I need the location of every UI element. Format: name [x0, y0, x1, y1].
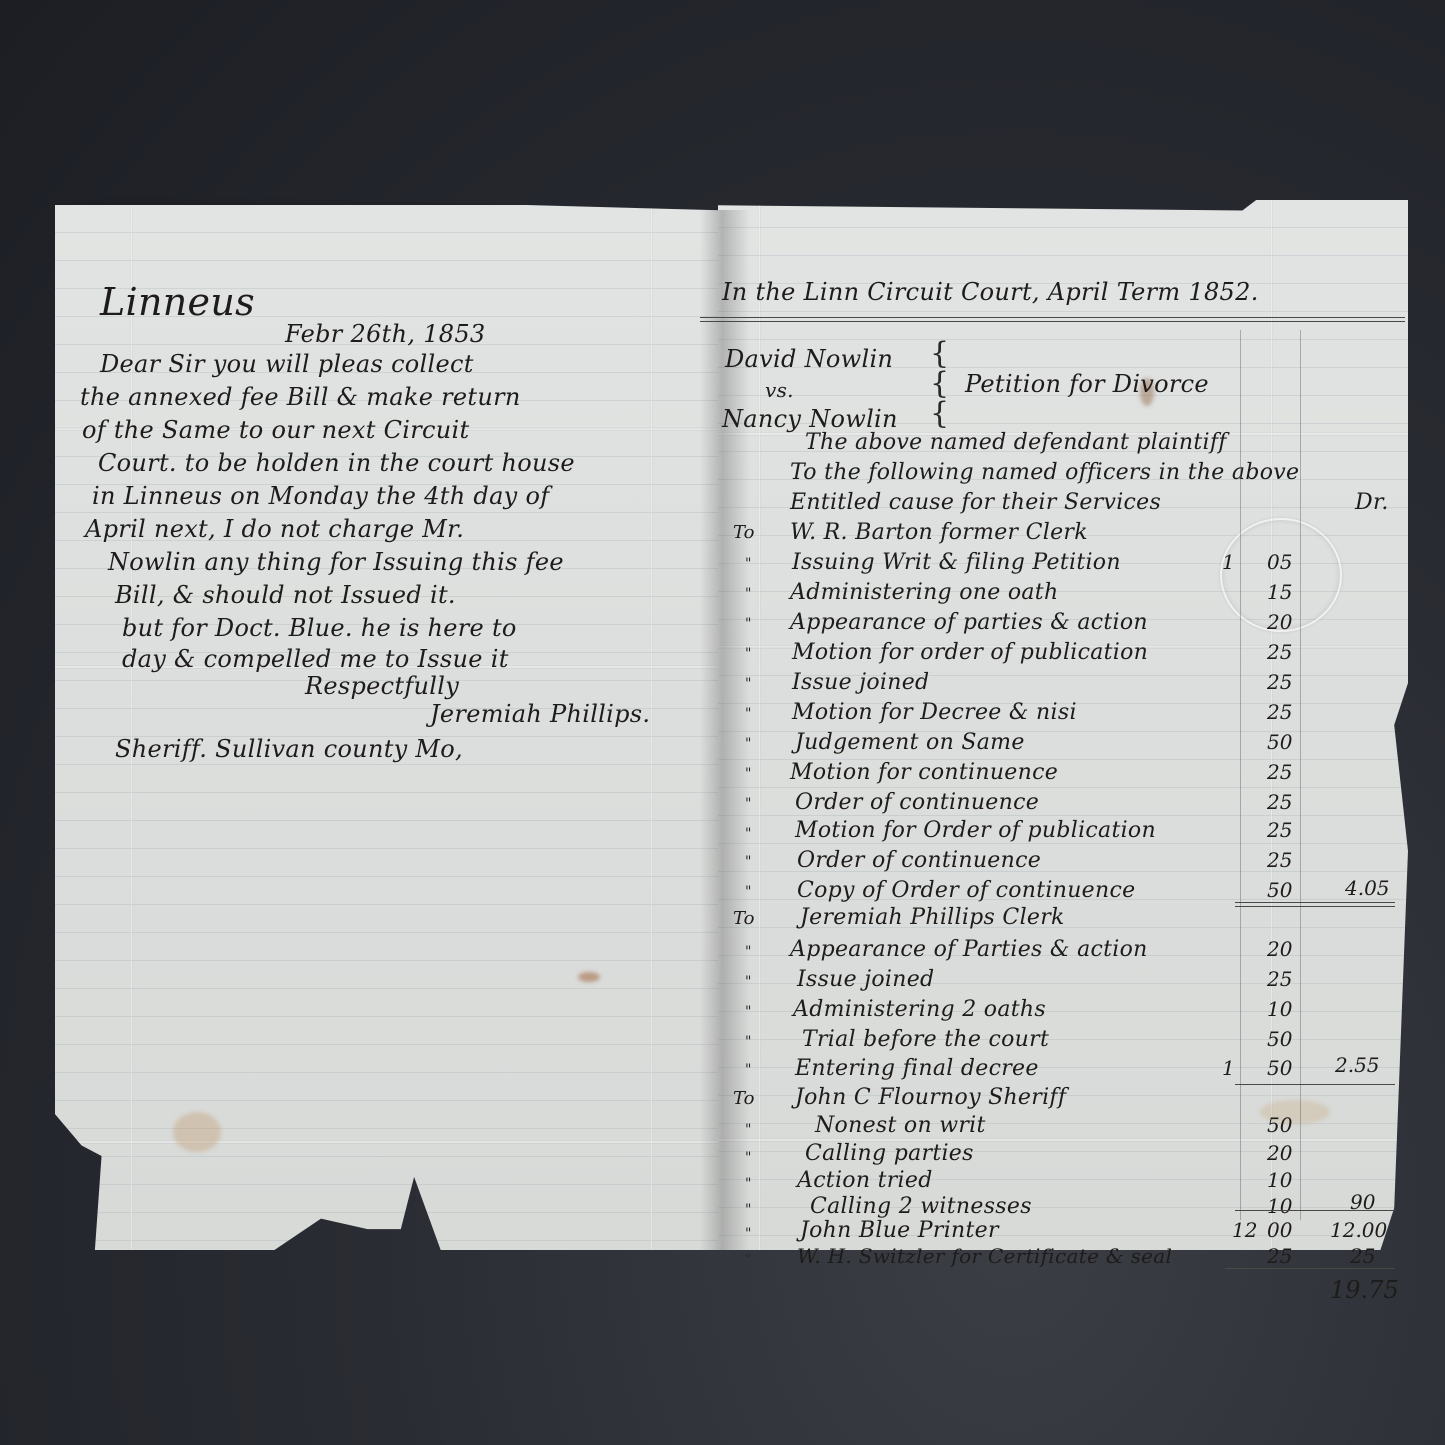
case-plaintiff: David Nowlin	[725, 345, 893, 373]
letter-body-line: of the Same to our next Circuit	[82, 416, 469, 444]
ditto-mark: "	[745, 1122, 751, 1138]
fee-item-label: Order of continuence	[797, 848, 1041, 873]
ditto-mark: "	[745, 556, 751, 572]
fee-item-cents: 05	[1267, 550, 1292, 574]
officer-name: John C Flournoy Sheriff	[795, 1085, 1066, 1110]
fee-item-label: Appearance of parties & action	[790, 610, 1148, 635]
fee-item-label: John Blue Printer	[800, 1218, 999, 1243]
case-defendant: Nancy Nowlin	[722, 405, 898, 433]
fee-item-cents: 25	[1267, 760, 1292, 784]
ditto-mark: "	[745, 944, 751, 960]
ditto-mark: "	[745, 1226, 751, 1242]
fee-item-cents: 10	[1267, 997, 1292, 1021]
column-rule	[1240, 330, 1241, 1220]
section-subtotal: 25	[1350, 1244, 1375, 1268]
grand-total: 19.75	[1330, 1276, 1399, 1304]
preamble-line: To the following named officers in the a…	[790, 460, 1299, 485]
fee-item-cents: 25	[1267, 1244, 1292, 1268]
fee-item-label: Entering final decree	[795, 1056, 1039, 1081]
fee-item-label: Motion for order of publication	[792, 640, 1148, 665]
ink-stain	[578, 972, 600, 982]
ditto-mark: "	[745, 1176, 751, 1192]
fee-item-label: Issuing Writ & filing Petition	[792, 550, 1121, 575]
fee-item-cents: 25	[1267, 790, 1292, 814]
fee-item-cents: 25	[1267, 640, 1292, 664]
fee-item-label: Motion for Order of publication	[795, 818, 1156, 843]
fee-item-cents: 50	[1267, 1113, 1292, 1137]
letter-body-line: Court. to be holden in the court house	[98, 449, 575, 477]
case-versus: vs.	[765, 378, 794, 402]
to-mark: To	[733, 1088, 754, 1109]
fee-item-cents: 50	[1267, 878, 1292, 902]
ditto-mark: "	[745, 974, 751, 990]
fee-item-cents: 10	[1267, 1168, 1292, 1192]
fee-item-label: Calling 2 witnesses	[810, 1194, 1032, 1219]
subtotal-rule	[1235, 902, 1395, 903]
ditto-mark: "	[745, 854, 751, 870]
section-subtotal: 12.00	[1330, 1218, 1387, 1242]
dr-label: Dr.	[1355, 490, 1389, 515]
ditto-mark: "	[745, 1202, 751, 1218]
water-stain	[173, 1112, 221, 1152]
fee-item-cents: 20	[1267, 937, 1292, 961]
fee-item-label: Order of continuence	[795, 790, 1039, 815]
heading-rule	[700, 317, 1405, 318]
fee-bill-heading: In the Linn Circuit Court, April Term 18…	[722, 278, 1259, 306]
ditto-mark: "	[745, 766, 751, 782]
ditto-mark: "	[745, 1252, 751, 1268]
ditto-mark: "	[745, 736, 751, 752]
case-brace: {	[930, 396, 949, 431]
fee-item-label: Calling parties	[805, 1141, 974, 1166]
letter-place: Linneus	[100, 280, 255, 324]
ditto-mark: "	[745, 646, 751, 662]
ditto-mark: "	[745, 676, 751, 692]
letter-addressee: Sheriff. Sullivan county Mo,	[115, 735, 463, 763]
fee-item-cents: 00	[1267, 1218, 1292, 1242]
letter-closing: Respectfully	[305, 672, 459, 700]
fee-item-label: Administering 2 oaths	[793, 997, 1046, 1022]
ditto-mark: "	[745, 1062, 751, 1078]
letter-body-line: Nowlin any thing for Issuing this fee	[108, 548, 564, 576]
fold-crease	[650, 205, 653, 1250]
ditto-mark: "	[745, 826, 751, 842]
subtotal-rule	[1235, 1084, 1395, 1085]
ditto-mark: "	[745, 1004, 751, 1020]
fee-item-label: Trial before the court	[802, 1027, 1049, 1052]
fee-item-dollars: 1	[1222, 550, 1235, 574]
ditto-mark: "	[745, 796, 751, 812]
fee-item-cents: 50	[1267, 1027, 1292, 1051]
letter-body-line: day & compelled me to Issue it	[122, 645, 509, 673]
fee-item-cents: 25	[1267, 848, 1292, 872]
fee-item-cents: 10	[1267, 1194, 1292, 1218]
fee-item-cents: 20	[1267, 610, 1292, 634]
fee-item-cents: 15	[1267, 580, 1292, 604]
letter-body-line: Dear Sir you will pleas collect	[100, 350, 474, 378]
fee-item-label: Appearance of Parties & action	[790, 937, 1148, 962]
total-rule	[1225, 1268, 1395, 1269]
ditto-mark: "	[745, 884, 751, 900]
ditto-mark: "	[745, 616, 751, 632]
officer-name: W. R. Barton former Clerk	[790, 520, 1088, 545]
letter-body-line: but for Doct. Blue. he is here to	[122, 614, 517, 642]
fee-item-label: Nonest on writ	[815, 1113, 986, 1138]
fold-crease	[55, 1140, 720, 1144]
ditto-mark: "	[745, 1150, 751, 1166]
letter-body-line: April next, I do not charge Mr.	[85, 515, 464, 543]
preamble-line: Entitled cause for their Services	[790, 490, 1161, 515]
fee-item-cents: 25	[1267, 818, 1292, 842]
letter-date: Febr 26th, 1853	[285, 320, 485, 348]
to-mark: To	[733, 522, 754, 543]
fee-item-cents: 25	[1267, 967, 1292, 991]
section-subtotal: 4.05	[1345, 876, 1390, 900]
fee-item-cents: 25	[1267, 670, 1292, 694]
letter-body-line: the annexed fee Bill & make return	[80, 383, 521, 411]
fee-item-cents: 20	[1267, 1141, 1292, 1165]
fee-item-label: Administering one oath	[790, 580, 1058, 605]
preamble-line: The above named defendant plaintiff	[805, 430, 1227, 455]
fee-item-label: Action tried	[797, 1168, 933, 1193]
fee-item-cents: 50	[1267, 1056, 1292, 1080]
fee-item-dollars: 1	[1222, 1056, 1235, 1080]
fee-item-label: Issue joined	[797, 967, 934, 992]
to-mark: To	[733, 908, 754, 929]
subtotal-rule	[1235, 1210, 1395, 1211]
column-rule	[1300, 330, 1301, 1220]
fee-item-label: W. H. Switzler for Certificate & seal	[797, 1244, 1172, 1268]
letter-signature: Jeremiah Phillips.	[430, 700, 650, 728]
fee-item-cents: 50	[1267, 730, 1292, 754]
fee-item-label: Motion for Decree & nisi	[792, 700, 1077, 725]
fold-crease	[1270, 200, 1273, 1250]
fee-item-label: Copy of Order of continuence	[797, 878, 1135, 903]
ditto-mark: "	[745, 1034, 751, 1050]
letter-body-line: Bill, & should not Issued it.	[115, 581, 456, 609]
subtotal-rule	[1235, 906, 1395, 907]
section-subtotal: 2.55	[1335, 1053, 1380, 1077]
fee-item-dollars: 12	[1232, 1218, 1257, 1242]
officer-name: Jeremiah Phillips Clerk	[800, 905, 1065, 930]
fee-item-cents: 25	[1267, 700, 1292, 724]
heading-rule	[700, 321, 1405, 322]
case-petition: Petition for Divorce	[965, 370, 1209, 398]
fee-item-label: Motion for continuence	[790, 760, 1058, 785]
ditto-mark: "	[745, 706, 751, 722]
fee-item-label: Issue joined	[792, 670, 929, 695]
letter-body-line: in Linneus on Monday the 4th day of	[92, 482, 549, 510]
fee-item-label: Judgement on Same	[795, 730, 1025, 755]
ditto-mark: "	[745, 586, 751, 602]
